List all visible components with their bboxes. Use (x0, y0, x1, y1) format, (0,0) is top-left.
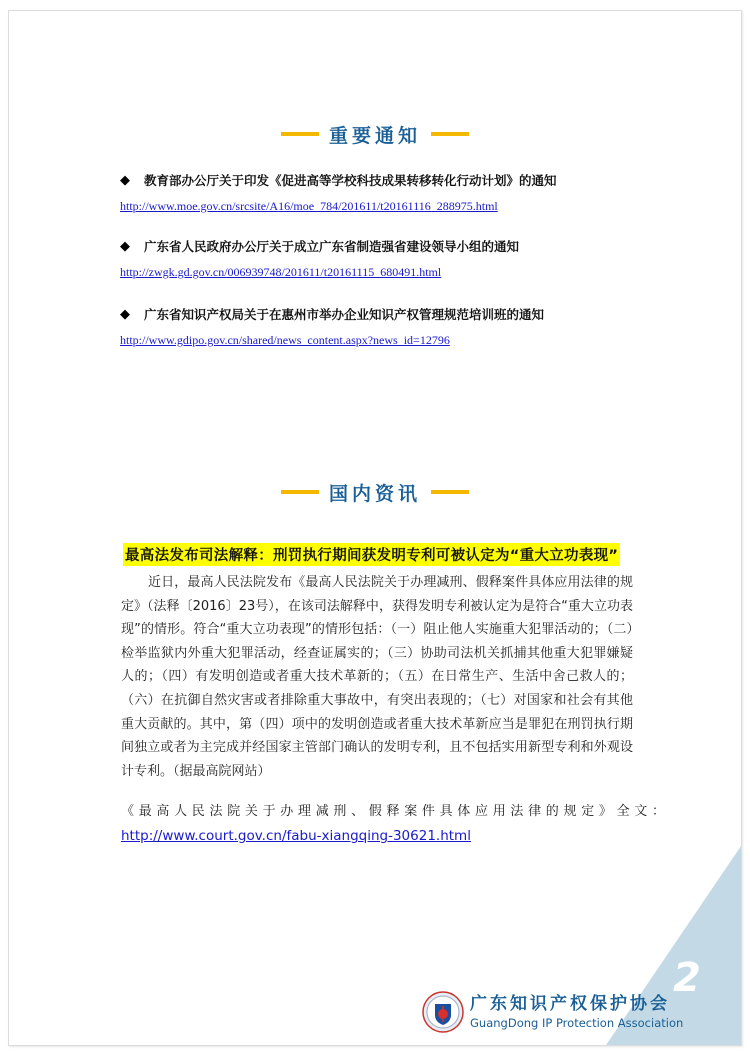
notice-item: ◆ 教育部办公厅关于印发《促进高等学校科技成果转移转化行动计划》的通知 http… (120, 171, 557, 214)
org-name-cn: 广东知识产权保护协会 (470, 993, 683, 1015)
heading-bar-left (281, 490, 319, 494)
association-emblem-icon (422, 991, 464, 1033)
diamond-bullet-icon: ◆ (120, 173, 130, 188)
heading-bar-right (431, 132, 469, 136)
notice-link[interactable]: http://www.gdipo.gov.cn/shared/news_cont… (120, 333, 544, 348)
section-title: 重要通知 (329, 121, 421, 148)
notice-item: ◆ 广东省知识产权局关于在惠州市举办企业知识产权管理规范培训班的通知 http:… (120, 305, 544, 348)
notice-item: ◆ 广东省人民政府办公厅关于成立广东省制造强省建设领导小组的通知 http://… (120, 237, 519, 280)
page-card (8, 10, 742, 1046)
heading-bar-right (431, 490, 469, 494)
org-name-en: GuangDong IP Protection Association (470, 1015, 683, 1031)
news-paragraph: 近日，最高人民法院发布《最高人民法院关于办理减刑、假释案件具体应用法律的规定》（… (121, 571, 633, 783)
section-heading-domestic: 国内资讯 (0, 477, 750, 507)
fulltext-link[interactable]: http://www.court.gov.cn/fabu-xiangqing-3… (121, 828, 471, 844)
notice-link[interactable]: http://zwgk.gd.gov.cn/006939748/201611/t… (120, 265, 519, 280)
footer-branding: 广东知识产权保护协会 GuangDong IP Protection Assoc… (422, 991, 683, 1033)
diamond-bullet-icon: ◆ (120, 307, 130, 322)
notice-link[interactable]: http://www.moe.gov.cn/srcsite/A16/moe_78… (120, 199, 557, 214)
heading-bar-left (281, 132, 319, 136)
notice-title: 教育部办公厅关于印发《促进高等学校科技成果转移转化行动计划》的通知 (144, 171, 557, 189)
notice-title: 广东省知识产权局关于在惠州市举办企业知识产权管理规范培训班的通知 (144, 305, 544, 323)
diamond-bullet-icon: ◆ (120, 239, 130, 254)
corner-triangle-decoration (9, 11, 741, 1045)
notice-title: 广东省人民政府办公厅关于成立广东省制造强省建设领导小组的通知 (144, 237, 519, 255)
fulltext-reference: 《最高人民法院关于办理减刑、假释案件具体应用法律的规定》全文： http://w… (121, 800, 633, 849)
section-heading-notices: 重要通知 (0, 119, 750, 149)
news-body: 近日，最高人民法院发布《最高人民法院关于办理减刑、假释案件具体应用法律的规定》（… (121, 571, 633, 783)
section-title: 国内资讯 (329, 479, 421, 506)
fulltext-label: 《最高人民法院关于办理减刑、假释案件具体应用法律的规定》全文： (121, 800, 633, 824)
news-headline: 最高法发布司法解释：刑罚执行期间获发明专利可被认定为“重大立功表现” (123, 543, 620, 566)
